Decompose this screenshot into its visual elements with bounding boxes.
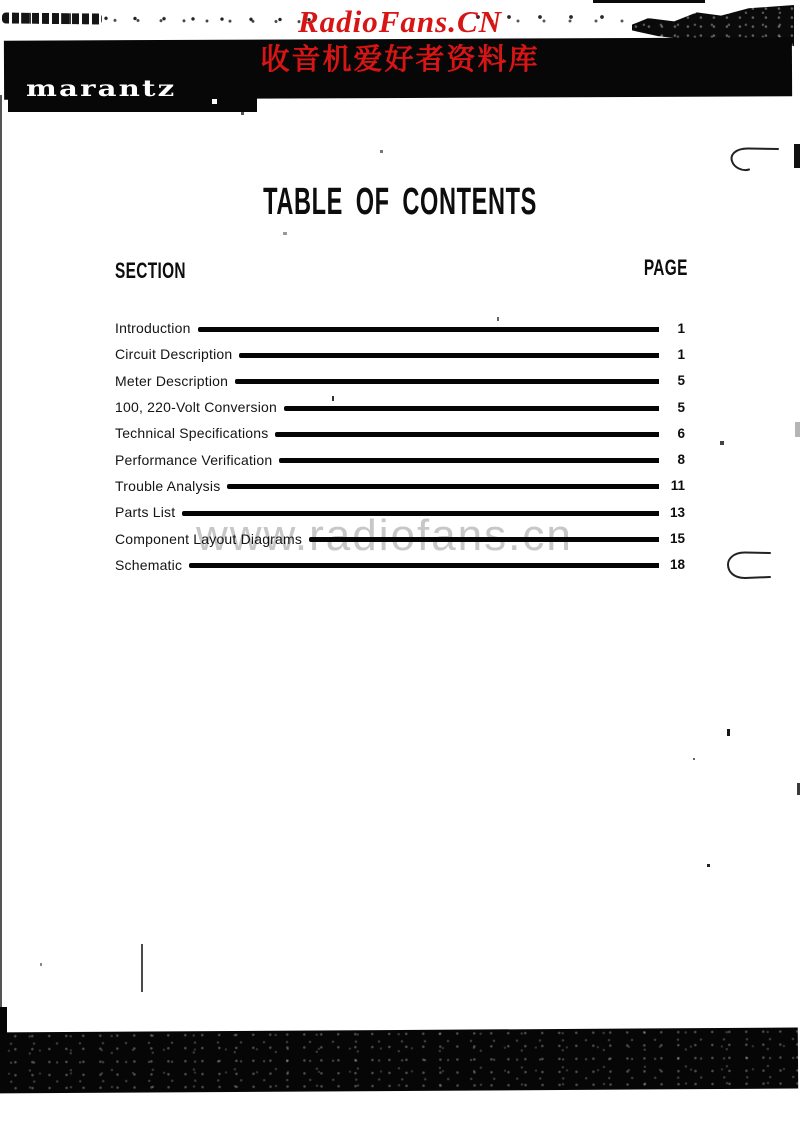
- toc-row: Performance Verification 8: [115, 446, 685, 472]
- toc-entry-page: 15: [663, 531, 685, 546]
- toc-entry-page: 11: [663, 478, 685, 493]
- scan-bottom-band: [0, 1028, 798, 1094]
- toc-entry-page: 8: [663, 452, 685, 467]
- toc-entry-page: 6: [663, 426, 685, 441]
- scan-speck: [380, 150, 383, 153]
- toc-leader-line: [275, 432, 659, 437]
- toc-entry-page: 5: [663, 373, 685, 388]
- scan-speck: [720, 441, 724, 445]
- toc-entry-label: Technical Specifications: [115, 425, 268, 441]
- toc-entry-page: 18: [663, 557, 685, 572]
- toc-entry-label: Circuit Description: [115, 346, 232, 362]
- toc-entry-page: 5: [663, 400, 685, 415]
- toc-entry-label: Component Layout Diagrams: [115, 531, 302, 547]
- toc-leader-line: [235, 379, 659, 384]
- scan-left-edge-line: [0, 95, 2, 1040]
- toc-row: Component Layout Diagrams 15: [115, 525, 685, 551]
- scan-scratch-line: [141, 944, 143, 992]
- page-column-header: PAGE: [644, 257, 688, 279]
- scan-bracket-mark-top: [726, 143, 780, 175]
- section-column-header: SECTION: [115, 260, 186, 282]
- toc-entry-label: Trouble Analysis: [115, 478, 220, 494]
- scan-speck: [727, 729, 730, 736]
- toc-leader-line: [227, 484, 659, 489]
- page-title: TABLE OF CONTENTS: [152, 183, 648, 221]
- scan-speck: [707, 864, 710, 867]
- scan-speck: [241, 112, 244, 115]
- toc-row: Parts List 13: [115, 499, 685, 525]
- toc-entry-page: 1: [663, 321, 685, 336]
- toc-row: Introduction 1: [115, 315, 685, 341]
- marantz-logo-dot: [212, 99, 217, 104]
- toc-entry-label: Introduction: [115, 320, 191, 336]
- toc-entry-label: Schematic: [115, 557, 182, 573]
- toc-entry-page: 13: [663, 505, 685, 520]
- scan-speck: [40, 963, 42, 966]
- toc-row: Trouble Analysis 11: [115, 473, 685, 499]
- toc-entry-label: 100, 220-Volt Conversion: [115, 399, 277, 415]
- toc-entry-label: Parts List: [115, 504, 175, 520]
- toc-row: Schematic 18: [115, 552, 685, 578]
- toc-leader-line: [309, 537, 659, 542]
- toc-leader-line: [182, 511, 659, 516]
- toc-row: Meter Description 5: [115, 368, 685, 394]
- watermark-site-name-chinese: 收音机爱好者资料库: [0, 37, 800, 78]
- toc-row: 100, 220-Volt Conversion 5: [115, 394, 685, 420]
- toc-entry-label: Performance Verification: [115, 452, 272, 468]
- scan-top-edge-line: [593, 0, 705, 3]
- watermark-site-name: RadioFans.CN: [0, 4, 800, 40]
- toc-leader-line: [198, 327, 659, 332]
- toc-entry-page: 1: [663, 347, 685, 362]
- scan-bracket-mark-middle: [724, 548, 774, 582]
- toc-row: Circuit Description 1: [115, 341, 685, 367]
- scan-tick-mark: [794, 144, 800, 168]
- toc-list: Introduction 1 Circuit Description 1 Met…: [115, 315, 685, 578]
- scan-speck: [283, 232, 287, 235]
- scan-speck: [693, 758, 695, 760]
- toc-entry-label: Meter Description: [115, 373, 228, 389]
- scanned-document-page: marantz RadioFans.CN 收音机爱好者资料库 TABLE OF …: [0, 0, 800, 1130]
- toc-leader-line: [239, 353, 659, 358]
- toc-leader-line: [284, 406, 659, 411]
- toc-leader-line: [189, 563, 659, 568]
- marantz-logo: marantz: [26, 78, 176, 100]
- toc-row: Technical Specifications 6: [115, 420, 685, 446]
- scan-tick-mark: [795, 422, 800, 437]
- toc-leader-line: [279, 458, 659, 463]
